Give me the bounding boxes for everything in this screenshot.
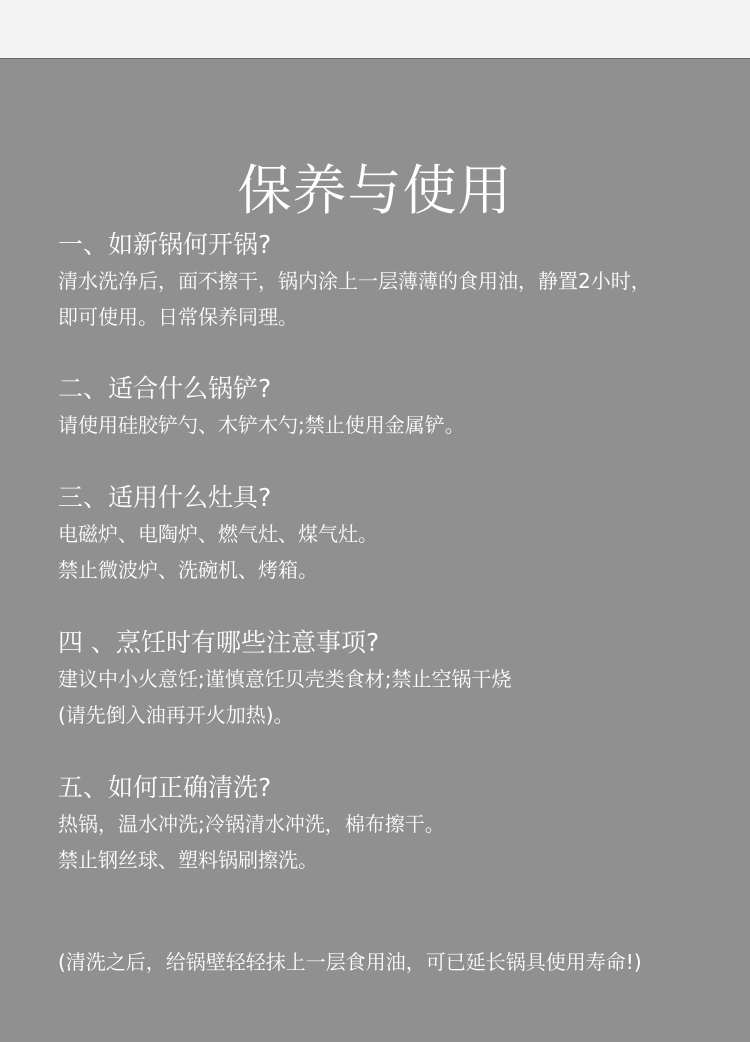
page-title: 保养与使用: [0, 154, 750, 228]
section-utensils: 二、适合什么锅铲? 请使用硅胶铲勺、木铲木勺;禁止使用金属铲。: [58, 371, 718, 443]
section-text: 热锅，温水冲洗;冷锅清水冲洗，棉布擦干。: [58, 806, 718, 842]
section-cleaning: 五、如何正确清洗? 热锅，温水冲洗;冷锅清水冲洗，棉布擦干。 禁止钢丝球、塑料锅…: [58, 770, 718, 878]
section-text: 建议中小火意饪;谨慎意饪贝壳类食材;禁止空锅干烧: [58, 661, 718, 697]
section-text: 清水洗净后，面不擦干，锅内涂上一层薄薄的食用油，静置2小时，: [58, 263, 718, 299]
section-text: 禁止钢丝球、塑料锅刷擦洗。: [58, 842, 718, 878]
section-heading: 三、适用什么灶具?: [58, 480, 718, 516]
section-heading: 五、如何正确清洗?: [58, 770, 718, 806]
section-heading: 四 、烹饪时有哪些注意事项?: [58, 625, 718, 661]
section-heading: 二、适合什么锅铲?: [58, 371, 718, 407]
section-text: 电磁炉、电陶炉、燃气灶、煤气灶。: [58, 516, 718, 552]
top-bar: [0, 0, 750, 59]
section-text: (请先倒入油再开火加热)。: [58, 697, 718, 733]
section-text: 禁止微波炉、洗碗机、烤箱。: [58, 552, 718, 588]
section-cooking-notes: 四 、烹饪时有哪些注意事项? 建议中小火意饪;谨慎意饪贝壳类食材;禁止空锅干烧 …: [58, 625, 718, 733]
section-stoves: 三、适用什么灶具? 电磁炉、电陶炉、燃气灶、煤气灶。 禁止微波炉、洗碗机、烤箱。: [58, 480, 718, 588]
section-text: 请使用硅胶铲勺、木铲木勺;禁止使用金属铲。: [58, 407, 718, 443]
section-heading: 一、如新锅何开锅?: [58, 227, 718, 263]
footer-note: (清洗之后，给锅壁轻轻抹上一层食用油，可已延长锅具使用寿命!): [58, 944, 738, 980]
section-seasoning: 一、如新锅何开锅? 清水洗净后，面不擦干，锅内涂上一层薄薄的食用油，静置2小时，…: [58, 227, 718, 335]
section-text: 即可使用。日常保养同理。: [58, 299, 718, 335]
